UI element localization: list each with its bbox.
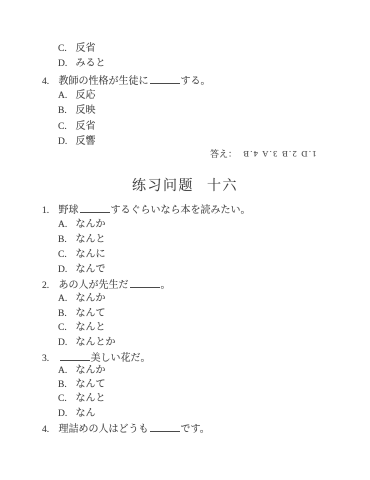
question-text-before: 教師の性格が生徒に: [59, 76, 149, 87]
option-text: 反省: [76, 121, 96, 132]
option-letter: A.: [58, 220, 73, 231]
question-line: 1. 野球するぐらいなら本を読みたい。: [42, 203, 251, 217]
option-text: なんか: [76, 293, 106, 304]
option-line: C. なんと: [58, 322, 106, 334]
question-text-after: するぐらいなら本を読みたい。: [111, 205, 251, 216]
option-text: 反映: [76, 105, 96, 116]
fill-in-blank: [150, 74, 180, 84]
question-number: 2.: [42, 281, 56, 292]
option-text: なんに: [76, 249, 106, 260]
question-number: 4.: [42, 77, 56, 88]
option-text: なんとか: [76, 337, 116, 348]
question-line: 2. あの人が先生だ。: [42, 278, 171, 292]
option-text: なん: [76, 408, 96, 419]
option-text: なんて: [76, 379, 106, 390]
option-text: なんと: [76, 234, 106, 245]
option-letter: C.: [58, 122, 73, 133]
answer-key: 答え：1.D 2.B 3.A 4.B: [210, 147, 317, 160]
option-line: C. 反省: [58, 43, 96, 55]
option-letter: B.: [58, 235, 73, 246]
section-heading-title: 练习问题: [132, 179, 194, 194]
option-line: A. なんか: [58, 293, 106, 305]
fill-in-blank: [60, 351, 90, 361]
option-line: D. みると: [58, 58, 106, 70]
option-line: D. なん: [58, 408, 96, 420]
option-text: なんで: [76, 264, 106, 275]
question-text-after: 。: [161, 280, 171, 291]
textbook-page: C. 反省 D. みると 4. 教師の性格が生徒にする。 A. 反応 B. 反映…: [0, 0, 370, 480]
option-letter: B.: [58, 309, 73, 320]
option-text: 反響: [76, 136, 96, 147]
option-line: A. なんか: [58, 219, 106, 231]
option-line: C. なんと: [58, 393, 106, 405]
option-letter: C.: [58, 44, 73, 55]
option-letter: D.: [58, 409, 73, 420]
option-line: B. 反映: [58, 105, 96, 117]
question-text-after: です。: [181, 424, 210, 435]
option-text: みると: [76, 58, 106, 69]
question-number: 4.: [42, 425, 56, 436]
option-line: B. なんと: [58, 234, 106, 246]
question-line: 4. 理詰めの人はどうもです。: [42, 422, 210, 436]
answer-key-values-upside-down: 1.D 2.B 3.A 4.B: [242, 149, 317, 159]
question-text-after: 美しい花だ。: [91, 353, 151, 364]
option-text: 反応: [76, 90, 96, 101]
question-number: 3.: [42, 354, 56, 365]
question-number: 1.: [42, 206, 56, 217]
section-heading-number: 十六: [207, 179, 238, 194]
option-line: D. 反響: [58, 136, 96, 148]
option-letter: A.: [58, 366, 73, 377]
option-letter: B.: [58, 106, 73, 117]
question-line: 4. 教師の性格が生徒にする。: [42, 74, 211, 88]
option-line: B. なんて: [58, 379, 106, 391]
fill-in-blank: [150, 422, 180, 432]
fill-in-blank: [80, 203, 110, 213]
option-letter: C.: [58, 323, 73, 334]
option-letter: C.: [58, 394, 73, 405]
option-letter: A.: [58, 91, 73, 102]
section-heading: 练习问题十六: [0, 175, 370, 195]
option-line: B. なんて: [58, 308, 106, 320]
option-text: なんと: [76, 322, 106, 333]
option-line: C. なんに: [58, 249, 106, 261]
option-letter: D.: [58, 137, 73, 148]
option-letter: D.: [58, 338, 73, 349]
option-letter: C.: [58, 250, 73, 261]
option-letter: A.: [58, 294, 73, 305]
answer-key-label: 答え：: [210, 149, 237, 159]
question-text-after: する。: [181, 76, 211, 87]
question-line: 3. 美しい花だ。: [42, 351, 151, 365]
option-text: なんと: [76, 393, 106, 404]
option-text: なんか: [76, 219, 106, 230]
option-line: A. 反応: [58, 90, 96, 102]
fill-in-blank: [130, 278, 160, 288]
option-letter: D.: [58, 59, 73, 70]
option-line: D. なんとか: [58, 337, 116, 349]
option-line: A. なんか: [58, 365, 106, 377]
option-text: なんか: [76, 365, 106, 376]
question-text-before: 野球: [59, 205, 79, 216]
option-letter: B.: [58, 380, 73, 391]
option-text: 反省: [76, 43, 96, 54]
option-letter: D.: [58, 265, 73, 276]
question-text-before: あの人が先生だ: [59, 280, 129, 291]
option-line: C. 反省: [58, 121, 96, 133]
option-line: D. なんで: [58, 264, 106, 276]
option-text: なんて: [76, 308, 106, 319]
question-text-before: 理詰めの人はどうも: [59, 424, 149, 435]
